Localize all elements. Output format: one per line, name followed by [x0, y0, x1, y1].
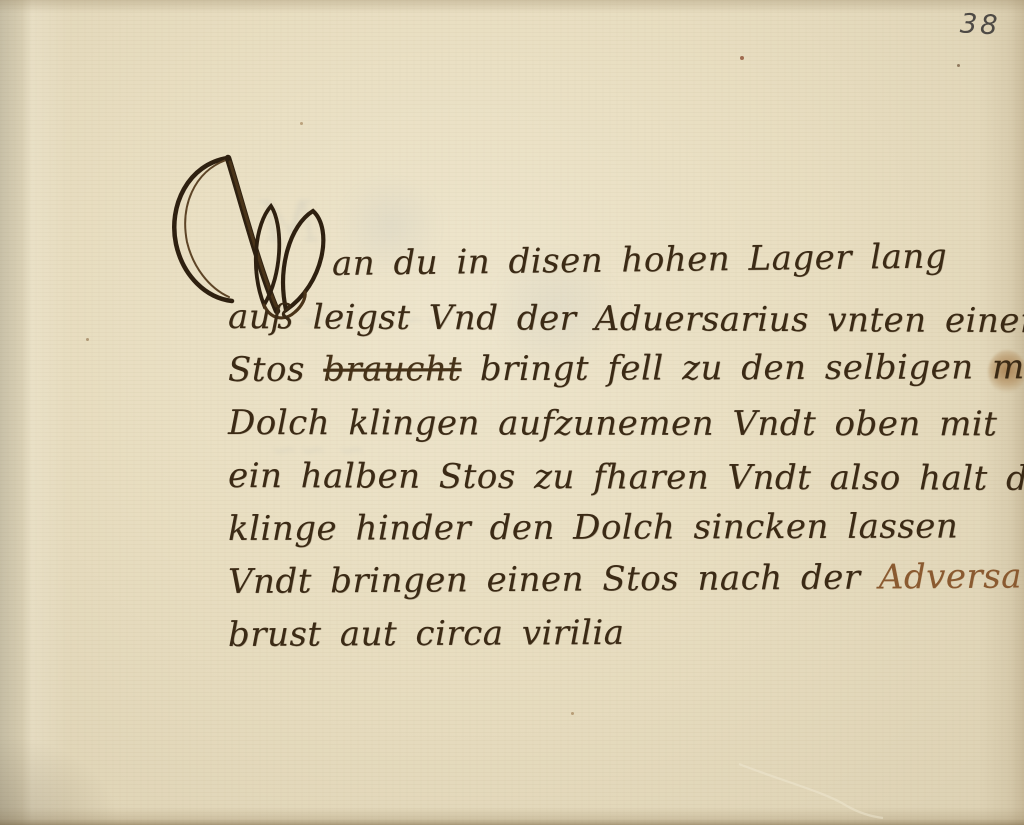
manuscript-segment: braucht [323, 349, 461, 389]
manuscript-segment: Vndt bringen einen Stos nach der [228, 557, 879, 602]
manuscript-segment: auß leigst Vnd der Aduersarius vnten ein… [228, 297, 1024, 341]
manuscript-line: Vndt bringen einen Stos nach der Adversa… [228, 551, 988, 609]
manuscript-text: an du in disen hohen Lager langauß leigs… [228, 238, 988, 662]
manuscript-segment: Adversary [879, 556, 1024, 597]
folio-number: 38 [959, 8, 1021, 42]
manuscript-segment: Stos [228, 350, 323, 390]
page-bottom-edge-shadow [0, 807, 1024, 825]
manuscript-segment: an du in disen hohen Lager lang [332, 236, 948, 284]
manuscript-segment: bringt fell zu den selbigen mit der [461, 347, 1024, 389]
manuscript-segment: brust aut circa virilia [228, 613, 625, 655]
paper-crease [735, 762, 885, 820]
manuscript-segment: ein halben Stos zu fharen Vndt also halt… [228, 456, 1024, 499]
manuscript-segment: Dolch klingen aufzunemen Vndt oben mit [228, 403, 997, 444]
page-left-edge-shadow [0, 0, 70, 825]
paper-speck [740, 56, 744, 60]
paper-speck [571, 712, 574, 715]
manuscript-line: Stos braucht bringt fell zu den selbigen… [228, 341, 988, 397]
paper-speck [300, 122, 303, 125]
manuscript-line: klinge hinder den Dolch sincken lassen [228, 500, 988, 556]
page-corner-shadow [0, 735, 120, 825]
manuscript-line: brust aut circa virilia [228, 605, 988, 662]
paper-speck [86, 338, 89, 341]
paper-speck [957, 64, 960, 67]
manuscript-line: Dolch klingen aufzunemen Vndt oben mit [228, 397, 988, 451]
manuscript-line: ein halben Stos zu fharen Vndt also halt… [228, 450, 988, 506]
manuscript-line: an du in disen hohen Lager lang [332, 230, 989, 291]
page-top-edge-shadow [0, 0, 1024, 14]
manuscript-segment: klinge hinder den Dolch sincken lassen [228, 506, 958, 549]
manuscript-line: auß leigst Vnd der Aduersarius vnten ein… [228, 291, 988, 348]
manuscript-page: M ~~ ~~~ ~ ~~ 38 [0, 0, 1024, 825]
